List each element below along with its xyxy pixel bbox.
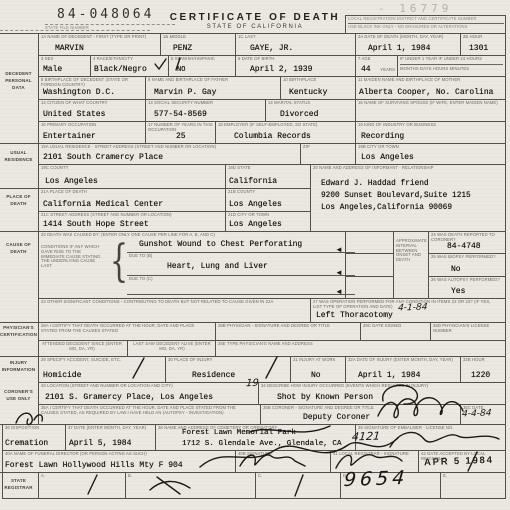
employer-value: Columbia Records: [234, 132, 311, 141]
mother-name-value: Alberta Cooper, No. Carolina: [359, 88, 493, 97]
residence-zip-label: ZIP: [303, 145, 353, 150]
cell-physician-name-address: 28E TYPE PHYSICIAN'S NAME AND ADDRESS: [215, 340, 505, 356]
registrar-box-e-label: E.: [443, 474, 503, 479]
age-sub-header: IF UNDER 1 YEAR IF UNDER 24 HOURS: [400, 57, 503, 65]
date-of-death-label: 2A DATE OF DEATH (MONTH, DAY, YEAR): [358, 35, 458, 40]
funeral-director-signature-label: 40B SIGNATURE: [238, 452, 328, 457]
gutter-line: [0, 231, 38, 232]
race-value: Black/Negro: [94, 65, 147, 74]
place-of-death-label: 21A PLACE OF DEATH: [41, 190, 223, 195]
section-state-registrar: STATE REGISTRAR: [0, 477, 37, 491]
local-registrar-label: 41 LOCAL REGISTRAR - SIGNATURE: [333, 452, 416, 457]
manner-of-death-value: Homicide: [43, 371, 81, 380]
physician-sub-divider: [127, 341, 128, 357]
cause-due-to-c-label: DUE TO (C): [129, 277, 153, 282]
coroner-certification-label: 35A I CERTIFY THAT DEATH OCCURRED AT THE…: [41, 406, 253, 416]
sex-label: 3 SEX: [41, 57, 88, 62]
disposition-date-label: 37 DATE (ENTER MONTH, DAY, YEAR): [68, 426, 153, 431]
document-subtitle: STATE OF CALIFORNIA: [160, 24, 350, 30]
cell-marital-status: 14 MARITAL STATUS Divorced: [265, 99, 355, 121]
name-middle-label: 1B MIDDLE: [163, 35, 233, 40]
cell-date-of-birth: 6 DATE OF BIRTH April 2, 1939: [235, 55, 355, 76]
cell-biopsy-performed: 25 WAS BIOPSY PERFORMED? No: [428, 253, 505, 276]
cell-years-in-occupation: 17 NUMBER OF YEARS IN THIS OCCUPATION 25: [145, 121, 215, 143]
cell-injury-at-work: 31 INJURY AT WORK No: [290, 356, 345, 382]
coroner-title-value: Deputy Coroner: [303, 413, 370, 422]
cell-place-of-death-county: 21B COUNTY Los Angeles: [225, 188, 310, 211]
coroner-case-number-value: 84-4748: [447, 242, 481, 251]
date-of-injury-value: April 1, 1984: [358, 371, 420, 380]
cause-conditions-label: CONDITIONS IF ANY WHICH GAVE RISE TO THE…: [41, 245, 101, 269]
death-certificate-scan: 84-048064 STATE FILE NUMBER CERTIFICATE …: [0, 0, 510, 510]
how-injury-occurred-value: Shot by Known Person: [277, 393, 373, 402]
registration-box-line2: USE BLACK INK ONLY - NO ERASURES OR ALTE…: [348, 24, 504, 30]
gutter-line: [0, 33, 38, 34]
place-of-death-county-label: 21B COUNTY: [228, 190, 308, 195]
coroner-signature-label: 35B CORONER - SIGNATURE AND DEGREE OR TI…: [263, 406, 458, 411]
biopsy-value: No: [451, 265, 461, 274]
section-usual-residence: USUAL RESIDENCE: [0, 149, 37, 163]
injury-location-label: 33 LOCATION (STREET AND NUMBER OR LOCATI…: [41, 384, 256, 389]
occupation-label: 16 PRIMARY OCCUPATION: [41, 123, 143, 128]
cell-residence-street: 19A USUAL RESIDENCE - STREET ADDRESS (ST…: [38, 143, 300, 164]
hour-of-injury-label: 32B HOUR: [463, 358, 503, 363]
cell-place-of-injury: 30 PLACE OF INJURY Residence: [165, 356, 290, 382]
cell-birthplace: 8 BIRTHPLACE OF DECEDENT (STATE OR FOREI…: [38, 76, 145, 99]
gutter-line: [0, 356, 38, 357]
cell-age: 7 AGE 44 YEARS: [355, 55, 397, 76]
ssn-value: 577-54-8569: [154, 110, 207, 119]
sex-value: Male: [43, 65, 62, 74]
citizenship-label: 12 CITIZEN OF WHAT COUNTRY: [41, 101, 143, 106]
section-cause-of-death: CAUSE OF DEATH: [0, 241, 37, 255]
disposition-date-value: April 5, 1984: [69, 439, 131, 448]
cell-father-name: 9 NAME AND BIRTHPLACE OF FATHER Marvin P…: [145, 76, 280, 99]
other-conditions-label: 23 OTHER SIGNIFICANT CONDITIONS - CONTRI…: [41, 300, 291, 305]
cause-brace-glyph: {: [110, 240, 128, 284]
section-coroners-use-only: CORONER'S USE ONLY: [0, 388, 37, 402]
cell-cemetery: 38 NAME AND ADDRESS OF CEMETERY OR CREMA…: [155, 424, 355, 450]
document-title: CERTIFICATE OF DEATH: [160, 12, 350, 23]
autopsy-value: Yes: [451, 287, 465, 296]
cause-due-to-b-value: Heart, Lung and Liver: [167, 262, 268, 271]
operation-value: Left Thoracotomy: [316, 311, 393, 320]
cell-residence-state: 19D STATE California: [225, 164, 310, 188]
cell-manner-of-death: 29 SPECIFY ACCIDENT, SUICIDE, ETC. Homic…: [38, 356, 165, 382]
date-signed-label: 28C DATE SIGNED: [363, 324, 428, 329]
manner-of-death-label: 29 SPECIFY ACCIDENT, SUICIDE, ETC.: [41, 358, 163, 363]
cause-arrow-a: ◄: [335, 245, 343, 254]
cell-employer: 18 EMPLOYER (IF SELF-EMPLOYED, SO STATE)…: [215, 121, 355, 143]
spanish-hispanic-label: 5 SPANISH/HISPANIC: [171, 57, 233, 62]
date-of-birth-value: April 2, 1939: [250, 65, 312, 74]
occupation-value: Entertainer: [43, 132, 96, 141]
date-of-injury-label: 32A DATE OF INJURY (ENTER MONTH, DAY, YE…: [348, 358, 458, 363]
coroner-sign-date-handwritten: 4-4-84: [462, 408, 492, 419]
cell-registrar-box-e: E.: [440, 472, 505, 498]
cell-citizenship: 12 CITIZEN OF WHAT COUNTRY United States: [38, 99, 145, 121]
cell-place-of-death: 21A PLACE OF DEATH California Medical Ce…: [38, 188, 225, 211]
years-in-occupation-value: 25: [176, 132, 186, 141]
section-injury-information: INJURY INFORMATION: [0, 359, 37, 373]
autopsy-label: 26 WAS AUTOPSY PERFORMED?: [431, 278, 503, 283]
cell-place-of-death-city: 21D CITY OR TOWN Los Angeles: [225, 211, 310, 231]
place-of-death-street-label: 21C STREET ADDRESS (STREET AND NUMBER OR…: [41, 213, 223, 218]
form-bottom-edge: [2, 498, 506, 499]
industry-label: 19 KIND OF INDUSTRY OR BUSINESS: [358, 123, 503, 128]
age-label: 7 AGE: [358, 57, 395, 62]
informant-line3: Los Angeles,California 90069: [321, 202, 471, 214]
registration-number-box: LOCAL REGISTRATION DISTRICT AND CERTIFIC…: [345, 15, 506, 33]
informant-line2: 9200 Sunset Boulevard,Suite 1215: [321, 190, 471, 202]
cause-immediate-value: Gunshot Wound to Chest Perforating: [139, 240, 302, 249]
attended-since-label: ATTENDED DECEDENT SINCE (ENTER MO, DA, Y…: [41, 342, 123, 352]
gutter-line: [0, 472, 38, 473]
date-of-death-value: April 1, 1984: [368, 44, 430, 53]
cell-cause-blank-a: [345, 231, 393, 253]
cell-funeral-director: 40A NAME OF FUNERAL DIRECTOR (OR PERSON …: [2, 450, 235, 472]
cell-disposition-date: 37 DATE (ENTER MONTH, DAY, YEAR) April 5…: [65, 424, 155, 450]
name-middle-value: PENZ: [173, 44, 192, 53]
cell-father-birthplace: 10 BIRTHPLACE Kentucky: [280, 76, 355, 99]
section-place-of-death: PLACE OF DEATH: [0, 193, 37, 207]
name-first-value: MARVIN: [55, 44, 84, 53]
cell-race: 4 RACE/ETHNICITY Black/Negro: [90, 55, 168, 76]
gutter-line: [0, 143, 38, 144]
cause-line-a: [127, 252, 355, 253]
funeral-director-label: 40A NAME OF FUNERAL DIRECTOR (OR PERSON …: [5, 452, 233, 457]
cemetery-name-value: Forest Lawn Memorial Park: [182, 428, 342, 439]
cause-header-label: 22 DEATH WAS CAUSED BY: (ENTER ONLY ONE …: [41, 233, 343, 238]
residence-street-value: 2101 South Cramercy Place: [43, 153, 163, 162]
how-injury-occurred-label: 34 DESCRIBE HOW INJURY OCCURRED (EVENTS …: [261, 384, 503, 389]
gutter-line: [0, 322, 38, 323]
cell-interval-onset-death: APPROXIMATE INTERVAL BETWEEN ONSET AND D…: [393, 231, 428, 298]
section-physicians-certification: PHYSICIAN'S CERTIFICATION: [0, 324, 37, 338]
father-birthplace-label: 10 BIRTHPLACE: [283, 78, 353, 83]
father-name-value: Marvin P. Gay: [154, 88, 216, 97]
marital-status-value: Divorced: [280, 110, 318, 119]
cell-coroner-signature: 35B CORONER - SIGNATURE AND DEGREE OR TI…: [260, 404, 460, 424]
cell-industry: 19 KIND OF INDUSTRY OR BUSINESS Recordin…: [355, 121, 505, 143]
cell-cause-blank-c: [345, 276, 393, 298]
age-unit-label: YEARS: [380, 68, 395, 73]
residence-city-value: Los Angeles: [361, 153, 414, 162]
cause-due-to-b-label: DUE TO (B): [129, 254, 152, 259]
cell-ssn: 13 SOCIAL SECURITY NUMBER 577-54-8569: [145, 99, 265, 121]
cell-injury-location: 33 LOCATION (STREET AND NUMBER OR LOCATI…: [38, 382, 258, 404]
name-last-value: GAYE, JR.: [250, 44, 293, 53]
funeral-director-value: Forest Lawn Hollywood Hills Mty F 904: [5, 461, 183, 470]
physician-signature-label: 28B PHYSICIAN - SIGNATURE AND DEGREE OR …: [218, 324, 358, 329]
cell-registrar-box-b: B.: [125, 472, 255, 498]
cell-residence-zip: ZIP: [300, 143, 355, 164]
cell-place-of-death-street: 21C STREET ADDRESS (STREET AND NUMBER OR…: [38, 211, 225, 231]
birthplace-value: Washington D.C.: [43, 88, 115, 97]
cell-registrar-box-a: A.: [38, 472, 125, 498]
name-first-label: 1A NAME OF DECEDENT - FIRST (TYPE OR PRI…: [41, 35, 158, 40]
physician-certification-label: 28A I CERTIFY THAT DEATH OCCURRED AT THE…: [41, 324, 209, 334]
cell-age-under-one-year: IF UNDER 1 YEAR IF UNDER 24 HOURS MONTHS…: [397, 55, 505, 76]
employer-label: 18 EMPLOYER (IF SELF-EMPLOYED, SO STATE): [218, 123, 353, 128]
cell-hour-of-death: 2B HOUR 1301: [460, 33, 505, 55]
place-of-death-street-value: 1414 South Hope Street: [43, 220, 149, 229]
cell-informant: 20 NAME AND ADDRESS OF INFORMANT - RELAT…: [310, 164, 505, 231]
residence-city-label: 19B CITY OR TOWN: [358, 145, 503, 150]
race-label: 4 RACE/ETHNICITY: [93, 57, 166, 62]
faint-stamp-number: - 16779: [378, 2, 452, 15]
hour-of-death-value: 1301: [469, 44, 488, 53]
residence-state-label: 19D STATE: [228, 166, 308, 171]
hour-of-injury-value: 1220: [471, 371, 490, 380]
biopsy-label: 25 WAS BIOPSY PERFORMED?: [431, 255, 503, 260]
place-of-death-city-value: Los Angeles: [229, 220, 282, 229]
cell-physician-certification: 28A I CERTIFY THAT DEATH OCCURRED AT THE…: [38, 322, 215, 356]
header-rule: [0, 30, 150, 31]
date-of-birth-label: 6 DATE OF BIRTH: [238, 57, 353, 62]
form-right-edge: [505, 15, 506, 498]
place-of-injury-value: Residence: [192, 371, 235, 380]
cell-physician-license: 28D PHYSICIAN'S LICENSE NUMBER: [430, 322, 505, 340]
cemetery-address-value: 1712 S. Glendale Ave., Glendale, CA: [182, 439, 342, 450]
certificate-number-stamp: 84-048064: [57, 7, 154, 22]
residence-county-value: Los Angeles: [45, 177, 98, 186]
cell-spanish-hispanic: 5 SPANISH/HISPANIC NO: [168, 55, 235, 76]
cell-cause-of-death: 22 DEATH WAS CAUSED BY: (ENTER ONLY ONE …: [38, 231, 345, 298]
age-value: 44: [361, 65, 371, 74]
registrar-box-a-label: A.: [41, 474, 123, 479]
cell-date-signed: 28C DATE SIGNED: [360, 322, 430, 340]
marital-status-label: 14 MARITAL STATUS: [268, 101, 353, 106]
cell-occupation: 16 PRIMARY OCCUPATION Entertainer: [38, 121, 145, 143]
spanish-hispanic-value: NO: [177, 66, 185, 74]
injury-at-work-value: No: [311, 371, 321, 380]
residence-street-label: 19A USUAL RESIDENCE - STREET ADDRESS (ST…: [41, 145, 298, 150]
surviving-spouse-label: 15 NAME OF SURVIVING SPOUSE (IF WIFE, EN…: [358, 101, 503, 106]
gutter-line: [0, 188, 38, 189]
cell-name-first: 1A NAME OF DECEDENT - FIRST (TYPE OR PRI…: [38, 33, 160, 55]
cell-cause-blank-b: [345, 253, 393, 276]
place-of-injury-label: 30 PLACE OF INJURY: [168, 358, 288, 363]
physician-license-label: 28D PHYSICIAN'S LICENSE NUMBER: [433, 324, 503, 334]
cell-mother-name: 11 MAIDEN NAME AND BIRTHPLACE OF MOTHER …: [355, 76, 505, 99]
cell-name-middle: 1B MIDDLE PENZ: [160, 33, 235, 55]
residence-county-label: 19C COUNTY: [41, 166, 223, 171]
hour-of-death-label: 2B HOUR: [463, 35, 503, 40]
informant-label: 20 NAME AND ADDRESS OF INFORMANT - RELAT…: [313, 166, 503, 171]
cell-other-significant-conditions: 23 OTHER SIGNIFICANT CONDITIONS - CONTRI…: [38, 298, 310, 322]
cell-hour-of-injury: 32B HOUR 1220: [460, 356, 505, 382]
cause-line-c: [127, 294, 355, 295]
place-of-death-city-label: 21D CITY OR TOWN: [228, 213, 308, 218]
place-of-death-county-value: Los Angeles: [229, 200, 282, 209]
cell-reported-to-coroner: 24 WAS DEATH REPORTED TO CORONER? 84-474…: [428, 231, 505, 253]
cell-date-of-injury: 32A DATE OF INJURY (ENTER MONTH, DAY, YE…: [345, 356, 460, 382]
cell-residence-county: 19C COUNTY Los Angeles: [38, 164, 225, 188]
injury-at-work-label: 31 INJURY AT WORK: [293, 358, 343, 363]
injury-location-value: 2101 S. Gramercy Place, Los Angeles: [45, 393, 213, 402]
residence-state-value: California: [229, 177, 277, 186]
cell-autopsy-performed: 26 WAS AUTOPSY PERFORMED? Yes: [428, 276, 505, 298]
age-sub-units: MONTHS DAYS HOURS MINUTES: [400, 65, 503, 72]
cell-how-injury-occurred: 34 DESCRIBE HOW INJURY OCCURRED (EVENTS …: [258, 382, 505, 404]
cell-name-last: 1C LAST GAYE, JR.: [235, 33, 355, 55]
industry-value: Recording: [361, 132, 404, 141]
physician-name-address-label: 28E TYPE PHYSICIAN'S NAME AND ADDRESS: [218, 342, 503, 347]
cell-coroner-certification: 35A I CERTIFY THAT DEATH OCCURRED AT THE…: [38, 404, 260, 424]
disposition-value: Cremation: [5, 439, 48, 448]
embalmer-license-handwritten: 4121: [351, 430, 380, 444]
registrar-number-handwritten: 9654: [343, 467, 410, 491]
cause-arrow-c: ◄: [335, 287, 343, 296]
interval-label: APPROXIMATE INTERVAL BETWEEN ONSET AND D…: [396, 239, 426, 263]
cell-residence-city: 19B CITY OR TOWN Los Angeles: [355, 143, 505, 164]
ssn-label: 13 SOCIAL SECURITY NUMBER: [148, 101, 263, 106]
registrar-box-c-label: C.: [258, 474, 338, 479]
cell-disposition: 36 DISPOSITION Cremation: [2, 424, 65, 450]
father-birthplace-value: Kentucky: [289, 88, 327, 97]
cell-date-of-death: 2A DATE OF DEATH (MONTH, DAY, YEAR) Apri…: [355, 33, 460, 55]
cell-sex: 3 SEX Male: [38, 55, 90, 76]
registration-box-line1: LOCAL REGISTRATION DISTRICT AND CERTIFIC…: [348, 17, 504, 24]
cell-surviving-spouse: 15 NAME OF SURVIVING SPOUSE (IF WIFE, EN…: [355, 99, 505, 121]
birthplace-label: 8 BIRTHPLACE OF DECEDENT (STATE OR FOREI…: [41, 78, 143, 88]
cause-arrow-b: ◄: [335, 268, 343, 277]
cause-line-b: [127, 275, 355, 276]
cell-registrar-box-c: C.: [255, 472, 340, 498]
registrar-box-b-label: B.: [128, 474, 253, 479]
informant-line1: Edward J. Haddad friend: [321, 178, 471, 190]
operation-date-handwritten: 4-1-84: [398, 302, 428, 313]
name-last-label: 1C LAST: [238, 35, 353, 40]
disposition-label: 36 DISPOSITION: [5, 426, 63, 431]
citizenship-value: United States: [43, 110, 105, 119]
father-name-label: 9 NAME AND BIRTHPLACE OF FATHER: [148, 78, 278, 83]
cell-funeral-director-signature: 40B SIGNATURE: [235, 450, 330, 472]
location-note-handwritten: 19: [245, 378, 259, 389]
place-of-death-value: California Medical Center: [43, 200, 163, 209]
cell-physician-signature: 28B PHYSICIAN - SIGNATURE AND DEGREE OR …: [215, 322, 360, 340]
mother-name-label: 11 MAIDEN NAME AND BIRTHPLACE OF MOTHER: [358, 78, 503, 83]
section-decedent-personal-data: DECEDENT PERSONAL DATA: [0, 70, 37, 92]
last-saw-alive-label: LAST SAW DECEDENT ALIVE (ENTER MO, DA, Y…: [131, 342, 213, 352]
